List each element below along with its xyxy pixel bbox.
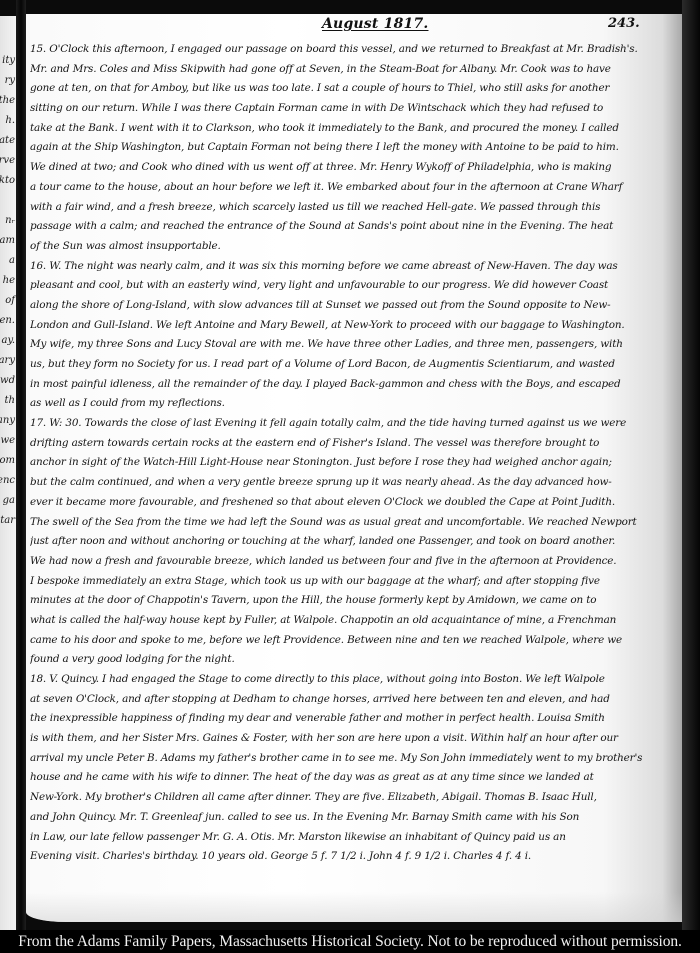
facing-page-fragment: ary [0,356,15,366]
facing-page-fragment: nᵣ [5,216,15,226]
text-line: in Law, our late fellow passenger Mr. G.… [30,828,674,848]
text-line: what is called the half-way house kept b… [30,611,674,631]
caption-bar: From the Adams Family Papers, Massachuse… [0,930,700,953]
diary-text: 15. O'Clock this afternoon, I engaged ou… [30,40,674,867]
entry-line-18th: 18. V. Quincy. I had engaged the Stage t… [30,670,674,690]
text-line: We had now a fresh and favourable breeze… [30,552,674,572]
text-line: 15. O'Clock this afternoon, I engaged ou… [30,40,674,60]
facing-page-fragment: am [0,236,15,246]
text-line: sitting on our return. While I was there… [30,99,674,119]
text-line: just after noon and without anchoring or… [30,532,674,552]
page-number: 243. [608,16,640,31]
text-line: again at the Ship Washington, but Captai… [30,138,674,158]
page-title: August 1817. [322,16,428,32]
facing-page-fragment: en. [0,316,15,326]
facing-page-fragment: we [1,436,15,446]
text-line: us, but they form no Society for us. I r… [30,355,674,375]
text-line: gone at ten, on that for Amboy, but like… [30,79,674,99]
text-line: is with them, and her Sister Mrs. Gaines… [30,729,674,749]
text-line: My wife, my three Sons and Lucy Stoval a… [30,335,674,355]
facing-page-fragment: ithe [0,96,15,106]
facing-page-fragment: ga [3,496,15,506]
text-line: take at the Bank. I went with it to Clar… [30,119,674,139]
facing-page-fragment: of [5,296,15,306]
copyright-caption: From the Adams Family Papers, Massachuse… [18,933,682,951]
entry-line-16th: 16. W. The night was nearly calm, and it… [30,257,674,277]
text-line: and John Quincy. Mr. T. Greenleaf jun. c… [30,808,674,828]
facing-page-fragment: h. [5,116,15,126]
facing-page-fragment: ity [2,56,15,66]
text-line: London and Gull-Island. We left Antoine … [30,316,674,336]
facing-page-fragment: akto [0,176,15,186]
facing-page-fragment: ry [5,76,15,86]
text-line: drifting astern towards certain rocks at… [30,434,674,454]
text-line: passage with a calm; and reached the ent… [30,217,674,237]
text-line: but the calm continued, and when a very … [30,473,674,493]
text-line: at seven O'Clock, and after stopping at … [30,690,674,710]
text-line: with a fair wind, and a fresh breeze, wh… [30,198,674,218]
facing-page-fragment: om [0,456,15,466]
text-line: house and he came with his wife to dinne… [30,768,674,788]
text-line: came to his door and spoke to me, before… [30,631,674,651]
text-line: I bespoke immediately an extra Stage, wh… [30,572,674,592]
text-line: Evening visit. Charles's birthday. 10 ye… [30,847,674,867]
scan-right-edge [682,0,700,930]
facing-page-fragment: ntar [0,516,15,526]
text-line: minutes at the door of Chappotin's Taver… [30,591,674,611]
facing-page-fragment: eserve [0,156,15,166]
facing-page-fragment: th [5,396,15,406]
text-line: arrival my uncle Peter B. Adams my fathe… [30,749,674,769]
facing-page-fragment: enc [0,476,15,486]
facing-page-fragment: wd [0,376,15,386]
text-line: found a very good lodging for the night. [30,650,674,670]
diary-page: August 1817. 243. 15. O'Clock this after… [26,14,682,922]
text-line: a tour came to the house, about an hour … [30,178,674,198]
manuscript-scan: ity ry ithe h. ate eserve akto nᵣ am a h… [0,0,700,930]
text-line: We dined at two; and Cook who dined with… [30,158,674,178]
text-line: pleasant and cool, but with an easterly … [30,276,674,296]
book-gutter [16,0,26,930]
text-line: New-York. My brother's Children all came… [30,788,674,808]
entry-line-17th: 17. W: 30. Towards the close of last Eve… [30,414,674,434]
text-line: in most painful idleness, all the remain… [30,375,674,395]
page-header: August 1817. 243. [26,14,682,38]
facing-page-fragment: a [9,256,15,266]
text-line: The swell of the Sea from the time we ha… [30,513,674,533]
facing-page-edge: ity ry ithe h. ate eserve akto nᵣ am a h… [0,16,16,930]
text-line: anchor in sight of the Watch-Hill Light-… [30,453,674,473]
text-line: along the shore of Long-Island, with slo… [30,296,674,316]
text-line: as well as I could from my reflections. [30,394,674,414]
text-line: Mr. and Mrs. Coles and Miss Skipwith had… [30,60,674,80]
text-line: the inexpressible happiness of finding m… [30,709,674,729]
facing-page-fragment: he [3,276,15,286]
facing-page-fragment: many [0,416,15,426]
facing-page-fragment: ate [0,136,15,146]
facing-page-fragment: ay. [2,336,15,346]
text-line: of the Sun was almost insupportable. [30,237,674,257]
text-line: ever it became more favourable, and fres… [30,493,674,513]
